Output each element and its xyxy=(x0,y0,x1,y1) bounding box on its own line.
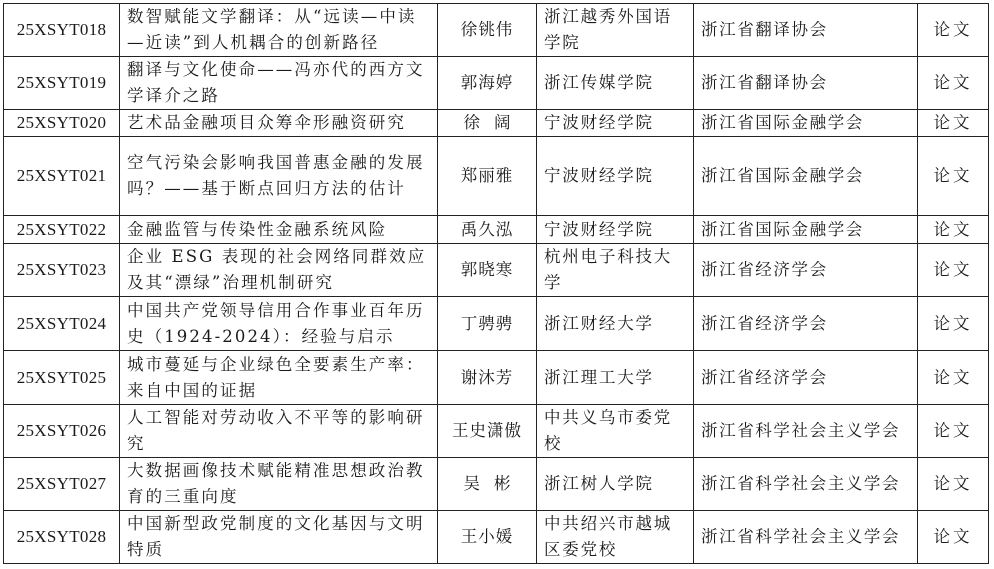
association-cell: 浙江省经济学会 xyxy=(694,297,918,351)
table-body: 25XSYT018数智赋能文学翻译：从“远读—中读—近读”到人机耦合的创新路径徐… xyxy=(4,4,989,564)
author-cell: 禹久泓 xyxy=(438,216,537,244)
paper-title-cell: 人工智能对劳动收入不平等的影响研究 xyxy=(120,405,438,458)
result-type-cell: 论文 xyxy=(918,405,989,458)
author-cell: 郭海婷 xyxy=(438,57,537,110)
table-row: 25XSYT025城市蔓延与企业绿色全要素生产率：来自中国的证据谢沐芳浙江理工大… xyxy=(4,351,989,405)
result-type-cell: 论文 xyxy=(918,137,989,216)
results-table: 25XSYT018数智赋能文学翻译：从“远读—中读—近读”到人机耦合的创新路径徐… xyxy=(3,3,989,564)
institution-cell: 浙江越秀外国语学院 xyxy=(537,4,694,57)
result-type-cell: 论文 xyxy=(918,216,989,244)
author-cell: 丁骋骋 xyxy=(438,297,537,351)
project-code-cell: 25XSYT027 xyxy=(4,458,120,511)
project-code-cell: 25XSYT024 xyxy=(4,297,120,351)
association-cell: 浙江省经济学会 xyxy=(694,244,918,297)
paper-title-cell: 企业 ESG 表现的社会网络同群效应及其“漂绿”治理机制研究 xyxy=(120,244,438,297)
result-type-cell: 论文 xyxy=(918,511,989,564)
institution-cell: 中共义乌市委党校 xyxy=(537,405,694,458)
table-row: 25XSYT021空气污染会影响我国普惠金融的发展吗？——基于断点回归方法的估计… xyxy=(4,137,989,216)
project-code-cell: 25XSYT028 xyxy=(4,511,120,564)
table-row: 25XSYT024中国共产党领导信用合作事业百年历史（1924-2024）：经验… xyxy=(4,297,989,351)
institution-cell: 宁波财经学院 xyxy=(537,137,694,216)
paper-title-cell: 中国新型政党制度的文化基因与文明特质 xyxy=(120,511,438,564)
project-code-cell: 25XSYT023 xyxy=(4,244,120,297)
result-type-cell: 论文 xyxy=(918,244,989,297)
result-type-cell: 论文 xyxy=(918,57,989,110)
project-code-cell: 25XSYT021 xyxy=(4,137,120,216)
result-type-cell: 论文 xyxy=(918,4,989,57)
author-cell: 郑丽雅 xyxy=(438,137,537,216)
paper-title-cell: 城市蔓延与企业绿色全要素生产率：来自中国的证据 xyxy=(120,351,438,405)
association-cell: 浙江省科学社会主义学会 xyxy=(694,405,918,458)
institution-cell: 宁波财经学院 xyxy=(537,216,694,244)
project-code-cell: 25XSYT026 xyxy=(4,405,120,458)
author-cell: 徐阔 xyxy=(438,110,537,137)
table-row: 25XSYT020艺术品金融项目众筹伞形融资研究徐阔宁波财经学院浙江省国际金融学… xyxy=(4,110,989,137)
project-code-cell: 25XSYT019 xyxy=(4,57,120,110)
association-cell: 浙江省国际金融学会 xyxy=(694,137,918,216)
result-type-cell: 论文 xyxy=(918,297,989,351)
institution-cell: 中共绍兴市越城区委党校 xyxy=(537,511,694,564)
author-cell: 王史潇傲 xyxy=(438,405,537,458)
result-type-cell: 论文 xyxy=(918,458,989,511)
paper-title-cell: 大数据画像技术赋能精准思想政治教育的三重向度 xyxy=(120,458,438,511)
table-row: 25XSYT018数智赋能文学翻译：从“远读—中读—近读”到人机耦合的创新路径徐… xyxy=(4,4,989,57)
result-type-cell: 论文 xyxy=(918,110,989,137)
association-cell: 浙江省经济学会 xyxy=(694,351,918,405)
paper-title-cell: 数智赋能文学翻译：从“远读—中读—近读”到人机耦合的创新路径 xyxy=(120,4,438,57)
institution-cell: 宁波财经学院 xyxy=(537,110,694,137)
association-cell: 浙江省翻译协会 xyxy=(694,57,918,110)
table-row: 25XSYT028中国新型政党制度的文化基因与文明特质王小媛中共绍兴市越城区委党… xyxy=(4,511,989,564)
table-row: 25XSYT022金融监管与传染性金融系统风险禹久泓宁波财经学院浙江省国际金融学… xyxy=(4,216,989,244)
author-cell: 吴彬 xyxy=(438,458,537,511)
paper-title-cell: 中国共产党领导信用合作事业百年历史（1924-2024）：经验与启示 xyxy=(120,297,438,351)
association-cell: 浙江省翻译协会 xyxy=(694,4,918,57)
institution-cell: 浙江树人学院 xyxy=(537,458,694,511)
table-row: 25XSYT026人工智能对劳动收入不平等的影响研究王史潇傲中共义乌市委党校浙江… xyxy=(4,405,989,458)
project-code-cell: 25XSYT025 xyxy=(4,351,120,405)
author-cell: 郭晓寒 xyxy=(438,244,537,297)
project-code-cell: 25XSYT018 xyxy=(4,4,120,57)
association-cell: 浙江省国际金融学会 xyxy=(694,110,918,137)
project-code-cell: 25XSYT020 xyxy=(4,110,120,137)
paper-title-cell: 翻译与文化使命——冯亦代的西方文学译介之路 xyxy=(120,57,438,110)
paper-title-cell: 艺术品金融项目众筹伞形融资研究 xyxy=(120,110,438,137)
author-cell: 王小媛 xyxy=(438,511,537,564)
institution-cell: 浙江财经大学 xyxy=(537,297,694,351)
table-row: 25XSYT027大数据画像技术赋能精准思想政治教育的三重向度吴彬浙江树人学院浙… xyxy=(4,458,989,511)
author-cell: 谢沐芳 xyxy=(438,351,537,405)
institution-cell: 浙江传媒学院 xyxy=(537,57,694,110)
association-cell: 浙江省科学社会主义学会 xyxy=(694,458,918,511)
author-cell: 徐铫伟 xyxy=(438,4,537,57)
result-type-cell: 论文 xyxy=(918,351,989,405)
table-row: 25XSYT019翻译与文化使命——冯亦代的西方文学译介之路郭海婷浙江传媒学院浙… xyxy=(4,57,989,110)
project-code-cell: 25XSYT022 xyxy=(4,216,120,244)
association-cell: 浙江省国际金融学会 xyxy=(694,216,918,244)
paper-title-cell: 金融监管与传染性金融系统风险 xyxy=(120,216,438,244)
institution-cell: 浙江理工大学 xyxy=(537,351,694,405)
institution-cell: 杭州电子科技大学 xyxy=(537,244,694,297)
table-row: 25XSYT023企业 ESG 表现的社会网络同群效应及其“漂绿”治理机制研究郭… xyxy=(4,244,989,297)
association-cell: 浙江省科学社会主义学会 xyxy=(694,511,918,564)
paper-title-cell: 空气污染会影响我国普惠金融的发展吗？——基于断点回归方法的估计 xyxy=(120,137,438,216)
